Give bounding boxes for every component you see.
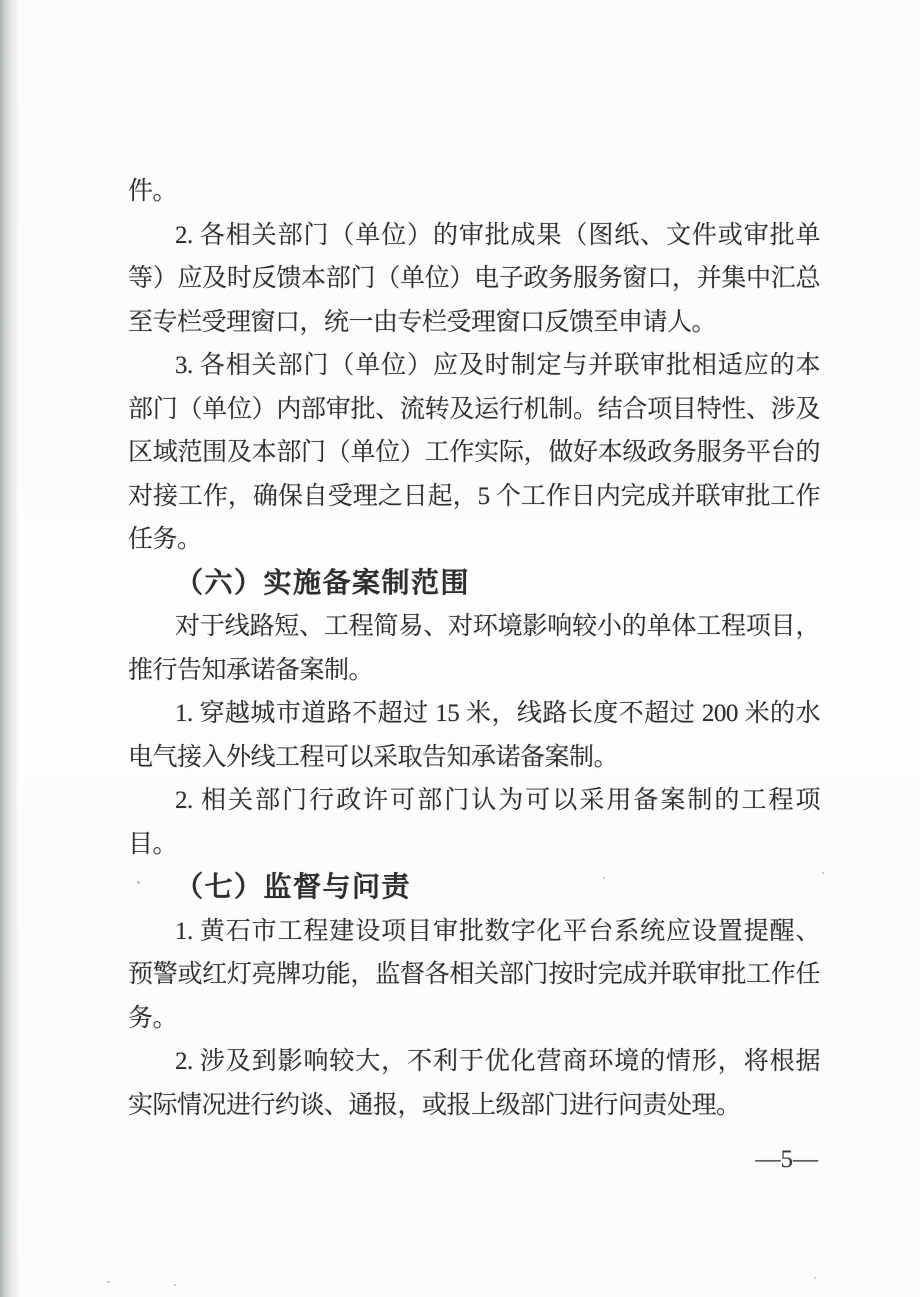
scan-edge-shadow: [0, 0, 20, 1297]
doc-line: 件。: [128, 170, 820, 214]
section-heading: （七）监督与问责: [128, 866, 820, 910]
doc-line: 预警或红灯亮牌功能，监督各相关部门按时完成并联审批工作任: [128, 953, 820, 997]
doc-line: 区域范围及本部门（单位）工作实际，做好本级政务服务平台的: [128, 431, 820, 475]
doc-line: 推行告知承诺备案制。: [128, 649, 820, 693]
doc-line: 务。: [128, 997, 820, 1041]
doc-line: 2. 相关部门行政许可部门认为可以采用备案制的工程项: [128, 779, 820, 823]
scan-speck: [137, 881, 140, 884]
doc-line: 对于线路短、工程简易、对环境影响较小的单体工程项目，: [128, 605, 820, 649]
doc-line: 至专栏受理窗口，统一由专栏受理窗口反馈至申请人。: [128, 301, 820, 345]
doc-line: 部门（单位）内部审批、流转及运行机制。结合项目特性、涉及: [128, 388, 820, 432]
doc-line: 2. 涉及到影响较大，不利于优化营商环境的情形，将根据: [128, 1040, 820, 1084]
document-body: 件。 2. 各相关部门（单位）的审批成果（图纸、文件或审批单 等）应及时反馈本部…: [128, 170, 820, 1127]
doc-line: 2. 各相关部门（单位）的审批成果（图纸、文件或审批单: [128, 214, 820, 258]
scan-speck: [603, 877, 605, 879]
scan-speck: [814, 1277, 816, 1279]
doc-line: 任务。: [128, 518, 820, 562]
doc-line: 1. 穿越城市道路不超过 15 米，线路长度不超过 200 米的水: [128, 692, 820, 736]
doc-line: 1. 黄石市工程建设项目审批数字化平台系统应设置提醒、: [128, 910, 820, 954]
doc-line: 实际情况进行约谈、通报，或报上级部门进行问责处理。: [128, 1084, 820, 1128]
scanned-document-page: 件。 2. 各相关部门（单位）的审批成果（图纸、文件或审批单 等）应及时反馈本部…: [0, 0, 920, 1297]
doc-line: 对接工作，确保自受理之日起，5 个工作日内完成并联审批工作: [128, 475, 820, 519]
doc-line: 目。: [128, 823, 820, 867]
doc-line: 等）应及时反馈本部门（单位）电子政务服务窗口，并集中汇总: [128, 257, 820, 301]
scan-speck: [174, 1284, 176, 1286]
scan-speck: [107, 1281, 110, 1283]
doc-line: 电气接入外线工程可以采取告知承诺备案制。: [128, 736, 820, 780]
section-heading: （六）实施备案制范围: [128, 562, 820, 606]
page-number: —5—: [756, 1146, 819, 1174]
doc-line: 3. 各相关部门（单位）应及时制定与并联审批相适应的本: [128, 344, 820, 388]
scan-speck: [822, 872, 824, 874]
